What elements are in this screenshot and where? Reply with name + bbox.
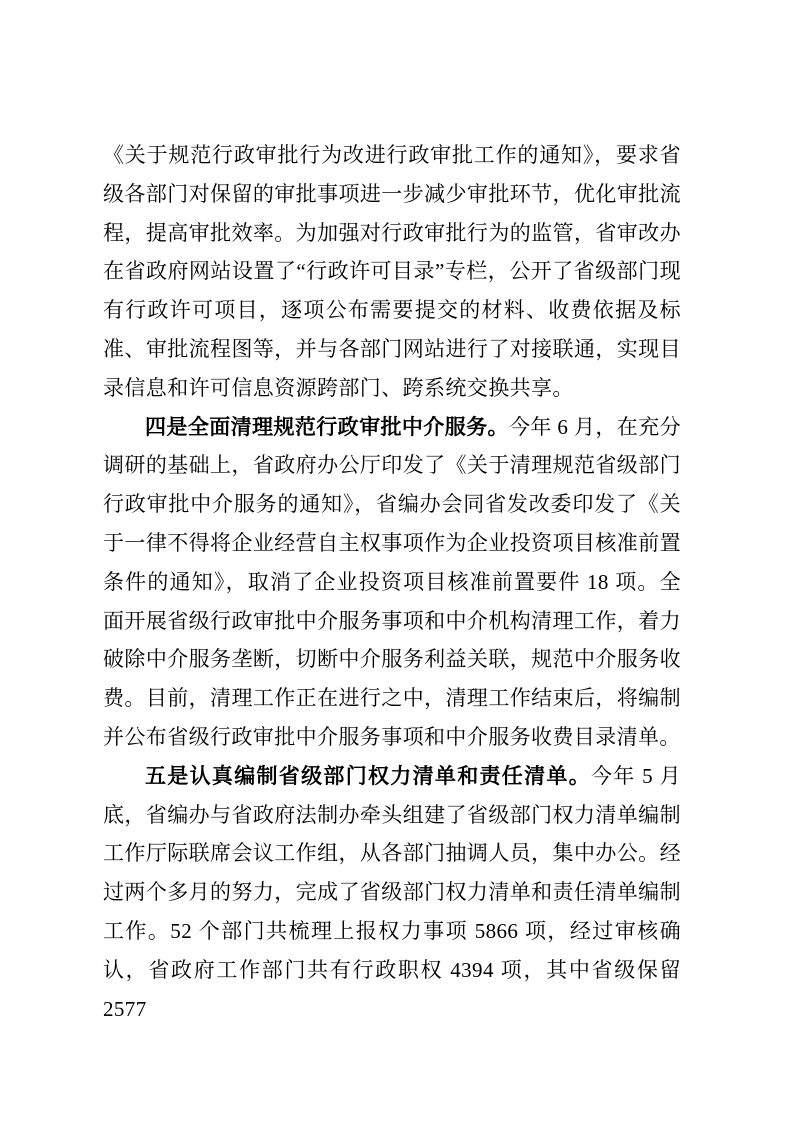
paragraph-text: 《关于规范行政审批行为改进行政审批工作的通知》，要求省级各部门对保留的审批事项进… <box>103 143 681 400</box>
document-page: 《关于规范行政审批行为改进行政审批工作的通知》，要求省级各部门对保留的审批事项进… <box>0 0 794 1123</box>
paragraph-text: 今年 6 月，在充分调研的基础上，省政府办公厅印发了《关于清理规范省级部门行政审… <box>103 415 681 749</box>
paragraph-continuation: 《关于规范行政审批行为改进行政审批工作的通知》，要求省级各部门对保留的审批事项进… <box>103 136 681 408</box>
paragraph-item-five: 五是认真编制省级部门权力清单和责任清单。今年 5 月底，省编办与省政府法制办牵头… <box>103 757 681 1029</box>
paragraph-item-four: 四是全面清理规范行政审批中介服务。今年 6 月，在充分调研的基础上，省政府办公厅… <box>103 408 681 757</box>
paragraph-bold-lead: 五是认真编制省级部门权力清单和责任清单。 <box>145 764 591 788</box>
document-body-text: 《关于规范行政审批行为改进行政审批工作的通知》，要求省级各部门对保留的审批事项进… <box>103 136 681 1028</box>
paragraph-bold-lead: 四是全面清理规范行政审批中介服务。 <box>145 415 509 439</box>
paragraph-text: 今年 5 月底，省编办与省政府法制办牵头组建了省级部门权力清单编制工作厅际联席会… <box>103 764 681 1021</box>
